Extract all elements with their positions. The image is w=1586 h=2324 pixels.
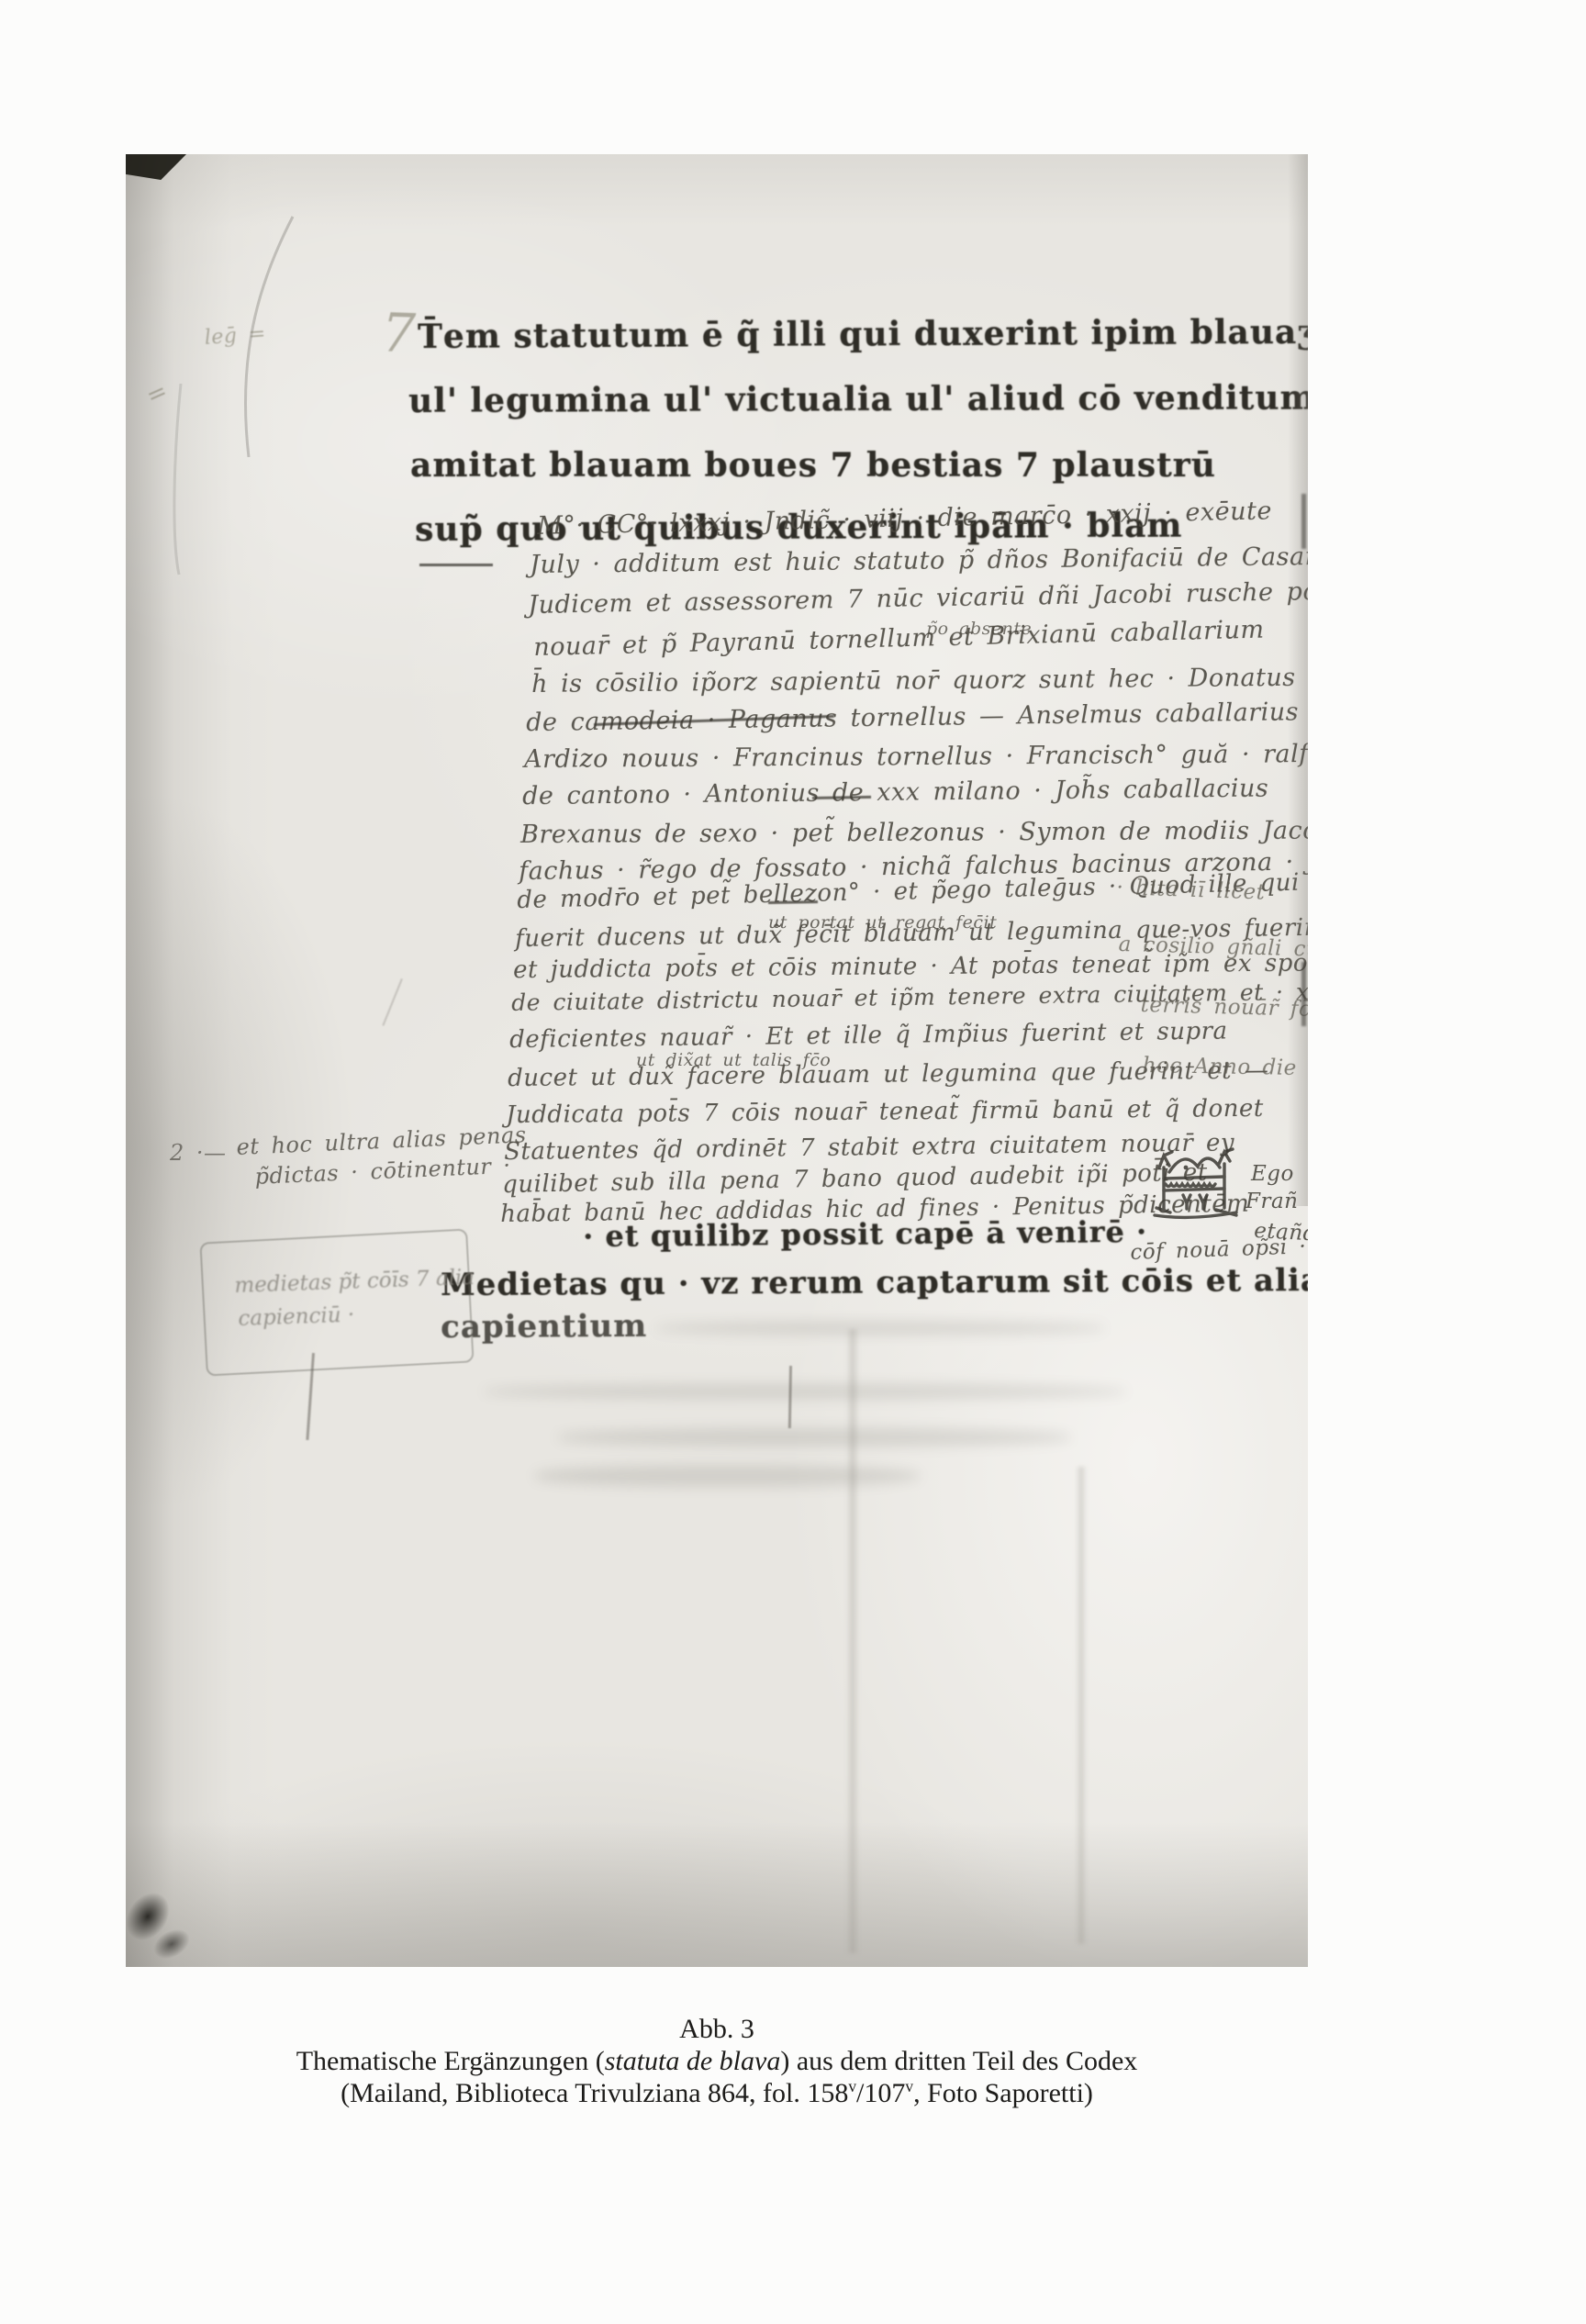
manuscript-text-layer: leḡ =7=T̄em statutum ē q̃ illi qui duxer… — [126, 154, 1308, 1967]
manuscript-text-line: de cantono · Antonius de xxx milano · Jo… — [522, 774, 1268, 810]
manuscript-text-line — [788, 1366, 792, 1428]
manuscript-text-line — [534, 1465, 920, 1487]
manuscript-text-line: nouar̄ et p̃ Payranū tornellum et Brixia… — [533, 616, 1265, 662]
caption-text: Thematische Ergänzungen ( — [296, 2046, 605, 2076]
manuscript-photo-figure: leḡ =7=T̄em statutum ē q̃ illi qui duxer… — [126, 154, 1308, 1967]
manuscript-text-line — [557, 1428, 1071, 1447]
manuscript-text-line: amitat blauam boues 7 bestias 7 plaustrū — [410, 446, 1216, 485]
manuscript-text-line — [1076, 1467, 1087, 1944]
manuscript-text-line: 2 ·— — [170, 1140, 227, 1166]
manuscript-text-line: deficientes nauar̃ · Et et ille q̃ Imp̃i… — [509, 1017, 1228, 1054]
folio-superscript: v — [905, 2077, 913, 2095]
manuscript-text-line: Juddicata pot̄s 7 cōis nouar̄ teneat̃ fi… — [506, 1095, 1264, 1129]
figure-caption: Abb. 3 Thematische Ergänzungen (statuta … — [126, 2013, 1308, 2109]
photo-edge-mark — [1301, 962, 1306, 1026]
manuscript-text-line: cōf nouā op̃si · — [1130, 1235, 1307, 1265]
manuscript-text-line: · et quilibz possit capē ā venirē · — [583, 1214, 1147, 1254]
caption-text: , Foto Saporetti) — [913, 2078, 1093, 2108]
manuscript-text-line: p̃dictas · cōtinentur · — [254, 1153, 511, 1190]
manuscript-text-line — [655, 1322, 1105, 1335]
caption-text: /107 — [856, 2078, 905, 2108]
caption-text: (Mailand, Biblioteca Trivulziana 864, fo… — [341, 2078, 848, 2108]
manuscript-text-line: Ardizo nouus · Francinus tornellus · Fra… — [524, 740, 1308, 774]
manuscript-text-line: T̄em statutum ē q̃ illi qui duxerint ipi… — [418, 313, 1308, 356]
manuscript-text-line: Brexanus de sexo · pet̃ bellezonus · Sym… — [520, 816, 1308, 849]
manuscript-text-line: de camodeia · Paganus tornellus — Anselm… — [526, 698, 1308, 737]
manuscript-text-line: Judicem et assessorem 7 nūc vicariū dñi … — [528, 576, 1308, 620]
figure-label: Abb. 3 — [126, 2013, 1308, 2045]
photo-edge-mark — [1301, 494, 1306, 549]
manuscript-text-line: terris nouār̃ fc̄o — [1140, 993, 1308, 1022]
manuscript-text-line — [419, 564, 493, 566]
folio-superscript: v — [848, 2077, 856, 2095]
caption-text: ) aus dem dritten Teil des Codex — [780, 2046, 1137, 2076]
manuscript-text-line: leḡ = — [204, 322, 267, 350]
manuscript-text-line: 7 — [381, 301, 417, 364]
photo-right-edge-shadow — [1288, 154, 1308, 1206]
manuscript-text-line: · hita iī licet — [1116, 876, 1266, 905]
manuscript-text-line: hoc Anno die dñi — [1143, 1054, 1308, 1081]
manuscript-text-line: Medietas qu · vz rerum captarum sit cōis… — [441, 1262, 1308, 1303]
caption-line-3: (Mailand, Biblioteca Trivulziana 864, fo… — [126, 2077, 1308, 2109]
caption-line-2: Thematische Ergänzungen (statuta de blav… — [126, 2045, 1308, 2077]
pencil-annotation-box — [199, 1228, 474, 1376]
manuscript-text-line — [484, 1384, 1126, 1399]
caption-italic-title: statuta de blava — [605, 2046, 781, 2076]
manuscript-text-line: h̄ is cōsilio ip̃orz sapientū nor̄ quorz… — [531, 664, 1296, 698]
manuscript-text-line — [846, 1329, 859, 1953]
marginal-sketch-drawing — [1152, 1147, 1247, 1226]
manuscript-text-line: ul' legumina ul' victualia ul' aliud cō … — [408, 379, 1308, 420]
manuscript-text-line: = — [142, 377, 172, 410]
manuscript-text-line — [382, 978, 402, 1026]
